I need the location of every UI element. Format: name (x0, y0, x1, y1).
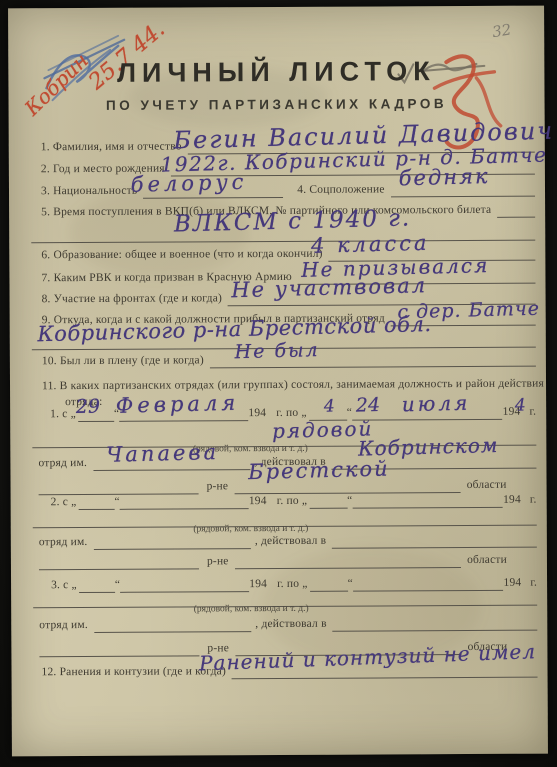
blank-line (39, 649, 199, 657)
blank-line (333, 624, 538, 632)
entry1-year-to: 4 (515, 395, 526, 415)
g-suffix: г. (530, 493, 537, 508)
year-digit-gap (267, 503, 277, 509)
entry1-month-to: июля (402, 391, 471, 417)
entry1-day-to: 24 (356, 394, 381, 417)
year-digit-gap (521, 502, 530, 508)
blank-line (497, 211, 535, 218)
blank-line (31, 234, 535, 244)
form-title: ЛИЧНЫЙ ЛИСТОК (8, 56, 544, 90)
field-nationality-label: 3. Национальность (41, 184, 143, 200)
year-prefix: 194 (249, 494, 267, 509)
g-suffix: г. (529, 405, 536, 420)
oblast-label: области (461, 553, 507, 568)
blank-line (235, 561, 462, 569)
blank-line (94, 625, 251, 633)
blank-line (78, 503, 114, 510)
field-captivity-value: Не был (234, 339, 320, 363)
entry1-day-from: 29 (76, 395, 101, 418)
entry1-year-from: 4 (324, 396, 335, 416)
blank-line (332, 541, 537, 549)
entry1-region-value: Брестской (248, 456, 390, 484)
field-education-label: 6. Образование: общее и военное (что и к… (41, 247, 328, 264)
rne-label: р-не (207, 554, 235, 569)
entry3-role-hint: (рядовой, ком. взвода и т. д.) (141, 604, 361, 615)
field-captivity-label: 10. Был ли в плену (где и когда) (42, 353, 210, 369)
otryad-label: отряд им. (38, 456, 93, 471)
field-social-value: бедняк (398, 164, 489, 190)
field-education-value: 4 класса (311, 231, 430, 258)
entry2-num: 2. с „ (51, 495, 79, 510)
field-social-label: 4. Соцположение (283, 182, 390, 198)
blank-line (120, 502, 249, 510)
deistvoval-label: , действовал в (251, 617, 332, 632)
entry1-month-from: Февраля (116, 391, 240, 418)
unit-entry3-unit-row: отряд им. , действовал в (39, 614, 537, 634)
unit-entry2-unit-row: отряд им. , действовал в (39, 531, 537, 551)
entry1-num: 1. с „ (50, 407, 78, 422)
scanned-document: Кобрин 25.7 44. 32 ЛИЧНЫЙ ЛИСТОК ПО УЧЕТ… (0, 0, 557, 767)
form-paper: Кобрин 25.7 44. 32 ЛИЧНЫЙ ЛИСТОК ПО УЧЕТ… (8, 6, 548, 757)
field-front-label: 8. Участие на фронтах (где и когда) (42, 291, 229, 307)
blank-line (352, 501, 503, 509)
otryad-label: отряд им. (39, 618, 94, 633)
unit-entry2-region-row: р-не области (39, 551, 507, 570)
page-number: 32 (491, 20, 513, 41)
blank-line (93, 542, 250, 550)
blank-line (391, 190, 535, 198)
deistvoval-label: , действовал в (251, 534, 332, 549)
field-front-value: Не участвовал (231, 273, 427, 302)
year-prefix: 194 (503, 493, 521, 508)
blank-line (39, 562, 199, 570)
blank-line (309, 502, 347, 509)
g-po: г. по „ (277, 494, 310, 509)
field-nationality-value: белорус (130, 170, 247, 197)
unit-entry2-dates-row: 2. с „ “ 194 г. по „ “ 194 г. (51, 491, 537, 511)
form-subtitle: ПО УЧЕТУ ПАРТИЗАНСКИХ КАДРОВ (9, 96, 545, 114)
otryad-label: отряд им. (39, 535, 94, 550)
year-prefix: 194 (248, 406, 266, 421)
entry1-unit-value: Чапаева (106, 440, 220, 467)
